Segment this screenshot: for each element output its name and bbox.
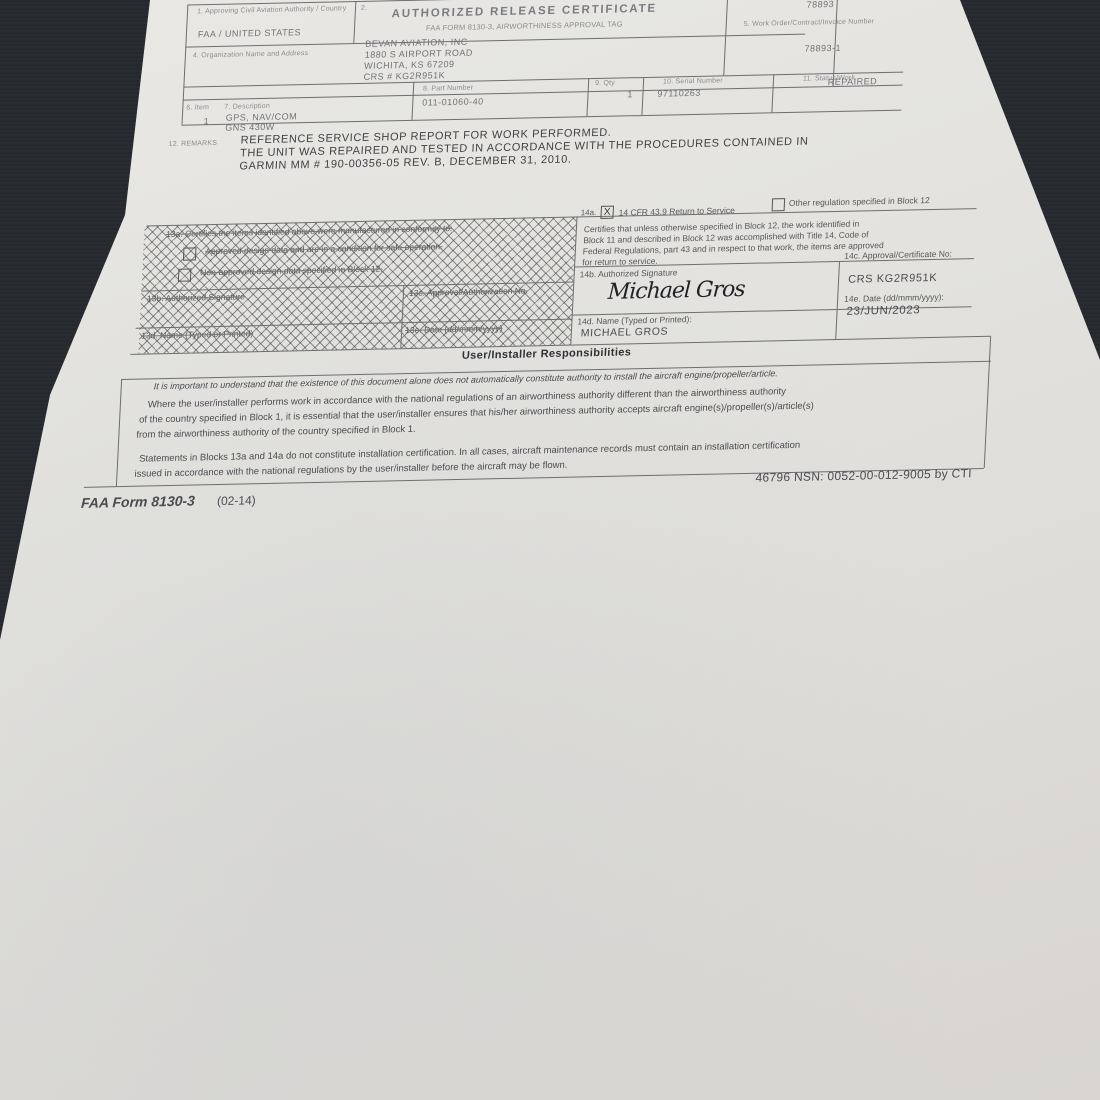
certificate-number: CRS KG2R951K (848, 272, 938, 286)
col-serial: 10. Serial Number (663, 77, 723, 85)
border (835, 261, 840, 339)
block14e-label: 14e. Date (dd/mmm/yyyy): (844, 292, 944, 304)
block13-nonapproved-checkbox[interactable] (178, 269, 192, 282)
remarks-label: 12. REMARKS (168, 140, 217, 148)
authorized-signature: Michael Gros (607, 277, 745, 305)
block13-approved-checkbox[interactable] (183, 247, 197, 260)
form-nsn: 46796 NSN: 0052-00-012-9005 by CTI (755, 466, 972, 485)
item-status: REPAIRED (828, 76, 878, 87)
item-serial: 97110263 (657, 88, 701, 99)
form-number: FAA Form 8130-3 (81, 492, 196, 510)
item-qty: 1 (627, 89, 633, 99)
border (353, 1, 356, 43)
form-revision: (02-14) (217, 493, 256, 508)
block2-label: 2. (361, 5, 368, 12)
col-item: 6. Item (186, 104, 209, 111)
border (183, 72, 903, 88)
border (723, 0, 728, 75)
org-line-3: WICHITA, KS 67209 (364, 59, 455, 71)
return-to-service-checkbox[interactable]: X (600, 206, 614, 219)
work-order-number: 78893-1 (804, 43, 841, 54)
border (641, 77, 644, 115)
border (183, 85, 903, 101)
border (411, 82, 414, 120)
form-tracking-number: 78893 (806, 0, 834, 10)
other-regulation-label: Other regulation specified in Block 12 (789, 195, 930, 208)
item-description-2: GNS 430W (225, 122, 275, 133)
org-line-2: 1880 S AIRPORT ROAD (364, 48, 473, 60)
col-qty: 9. Qty (595, 80, 615, 87)
certify-line-4: for return to service. (582, 256, 658, 268)
form-subtitle: FAA FORM 8130-3, AIRWORTHINESS APPROVAL … (426, 19, 623, 32)
block5-label: 5. Work Order/Contract/Invoice Number (744, 18, 875, 28)
border (771, 74, 774, 112)
release-date: 23/JUN/2023 (846, 304, 920, 318)
block1-label: 1. Approving Civil Aviation Authority / … (197, 5, 347, 15)
org-line-4: CRS # KG2R951K (363, 70, 445, 82)
block13b-label: 13b. Authorized Signature (147, 291, 245, 303)
col-part-number: 8. Part Number (423, 85, 474, 93)
block14b-label: 14b. Authorized Signature (579, 267, 677, 279)
border (187, 0, 837, 6)
other-regulation-checkbox[interactable] (772, 198, 786, 211)
block13e-label: 13e. Date (dd/mmm/yyyy) (405, 323, 503, 335)
return-to-service-label: 14 CFR 43.9 Return to Service (618, 205, 735, 217)
border (586, 78, 589, 116)
authorized-release-certificate-form: 1. Approving Civil Aviation Authority / … (93, 0, 1013, 515)
border (116, 379, 122, 486)
item-part-number: 011-01060-40 (422, 96, 484, 107)
responsibilities-heading: User/Installer Responsibilities (462, 346, 632, 362)
form-title: AUTHORIZED RELEASE CERTIFICATE (391, 3, 657, 21)
block14a-label: 14a. (580, 208, 596, 217)
item-number: 1 (203, 116, 209, 126)
block1-value: FAA / UNITED STATES (198, 27, 302, 39)
block4-label: 4. Organization Name and Address (193, 50, 309, 59)
col-description: 7. Description (224, 103, 270, 111)
para1-line-3: from the airworthiness authority of the … (136, 424, 416, 441)
printed-name: MICHAEL GROS (581, 326, 669, 340)
block14d-label: 14d. Name (Typed or Printed): (577, 314, 692, 326)
